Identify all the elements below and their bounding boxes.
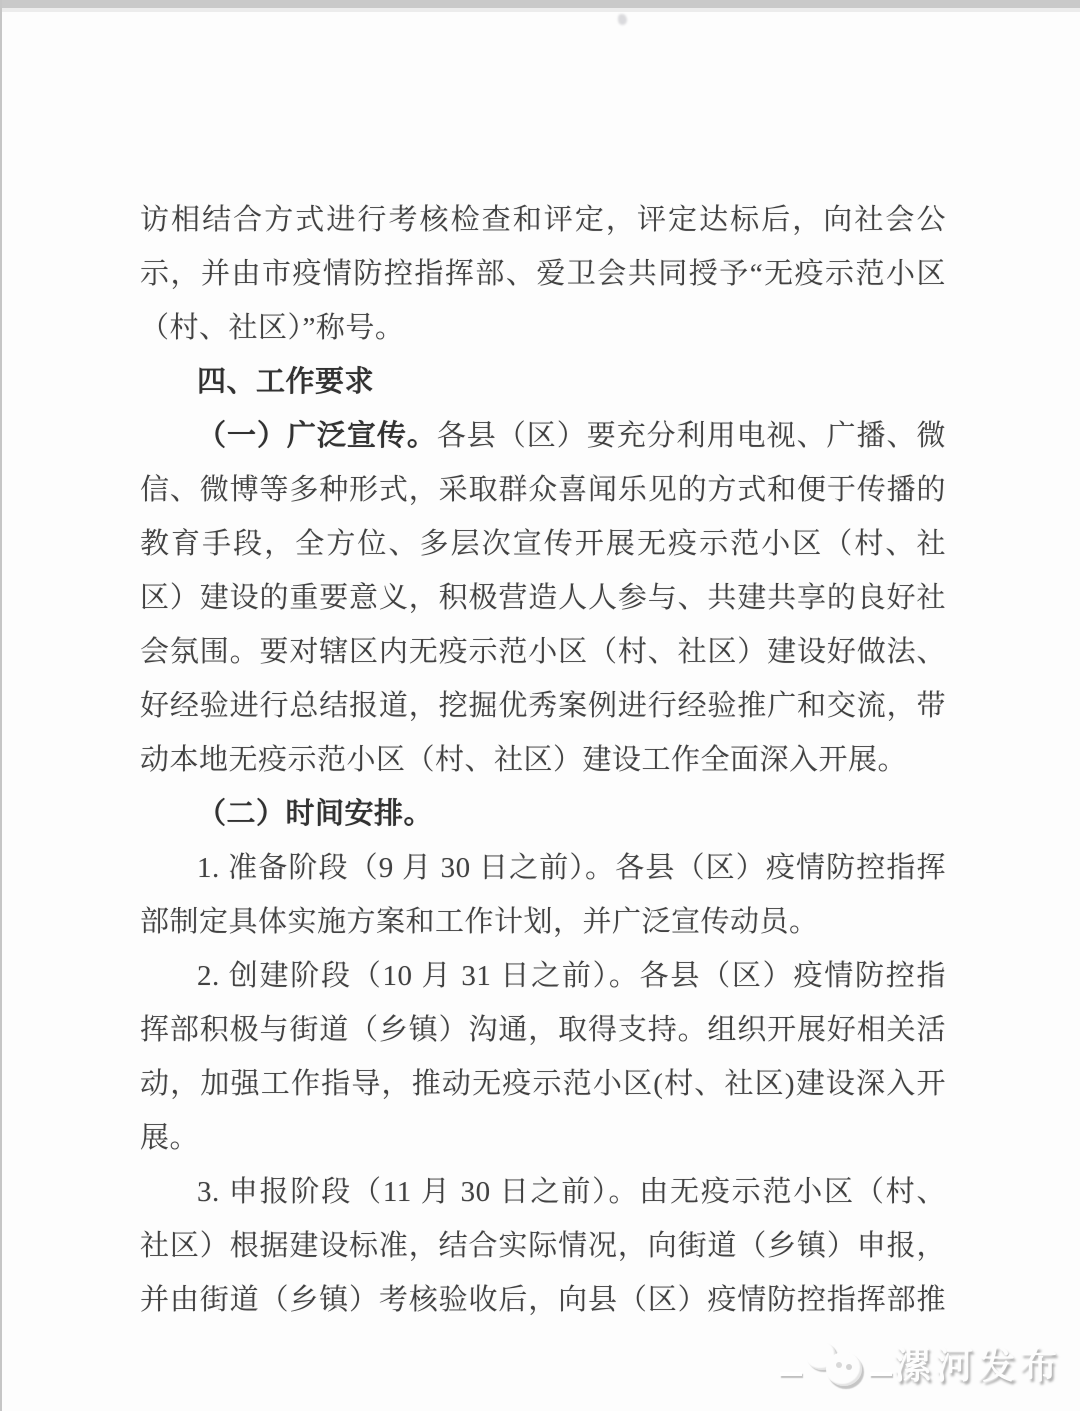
scan-edge-top-bar <box>0 0 1080 8</box>
text-line: 教育手段，全方位、多层次宣传开展无疫示范小区（村、社 <box>140 517 946 571</box>
text-line: （村、社区）”称号。 <box>140 301 946 355</box>
mascot-eyes <box>836 1362 842 1368</box>
mascot-icon <box>804 1338 868 1396</box>
text-line: 展。 <box>140 1111 946 1165</box>
scan-edge-top-bar-light <box>0 8 1080 12</box>
text-line: 1. 准备阶段（9 月 30 日之前）。各县（区）疫情防控指挥 <box>140 841 946 895</box>
mascot-body <box>826 1352 862 1386</box>
scanned-document-page: 访相结合方式进行考核检查和评定，评定达标后，向社会公 示，并由市疫情防控指挥部、… <box>0 0 1080 1411</box>
text-line: 好经验进行总结报道，挖掘优秀案例进行经验推广和交流，带 <box>140 679 946 733</box>
subsection-heading: （一）广泛宣传。 <box>197 420 437 452</box>
watermark-dash-left <box>780 1372 802 1376</box>
scan-edge-left-line <box>0 0 2 1411</box>
text-line: 动，加强工作指导，推动无疫示范小区(村、社区)建设深入开 <box>140 1057 946 1111</box>
text-line: 挥部积极与街道（乡镇）沟通，取得支持。组织开展好相关活 <box>140 1003 946 1057</box>
watermark-text: 漯河发布 <box>894 1338 1062 1396</box>
text-line: 会氛围。要对辖区内无疫示范小区（村、社区）建设好做法、 <box>140 625 946 679</box>
text-line: 社区）根据建设标准，结合实际情况，向街道（乡镇）申报， <box>140 1219 946 1273</box>
text-line: 并由街道（乡镇）考核验收后，向县（区）疫情防控指挥部推 <box>140 1273 946 1327</box>
subsection-heading: （二）时间安排。 <box>140 787 946 841</box>
document-text-body: 访相结合方式进行考核检查和评定，评定达标后，向社会公 示，并由市疫情防控指挥部、… <box>140 193 946 1327</box>
text-line: 动本地无疫示范小区（村、社区）建设工作全面深入开展。 <box>140 733 946 787</box>
text-line: 信、微博等多种形式，采取群众喜闻乐见的方式和便于传播的 <box>140 463 946 517</box>
text-line: 示，并由市疫情防控指挥部、爱卫会共同授予“无疫示范小区 <box>140 247 946 301</box>
scan-artifact-speck <box>618 14 627 25</box>
text-line-rest: 各县（区）要充分利用电视、广播、微 <box>437 420 946 452</box>
text-line: 访相结合方式进行考核检查和评定，评定达标后，向社会公 <box>140 193 946 247</box>
watermark: 漯河发布 <box>778 1338 1062 1396</box>
section-heading: 四、工作要求 <box>140 355 946 409</box>
text-line: 部制定具体实施方案和工作计划，并广泛宣传动员。 <box>140 895 946 949</box>
text-line: （一）广泛宣传。各县（区）要充分利用电视、广播、微 <box>140 409 946 463</box>
watermark-dash-right <box>870 1372 892 1376</box>
text-line: 3. 申报阶段（11 月 30 日之前）。由无疫示范小区（村、 <box>140 1165 946 1219</box>
text-line: 2. 创建阶段（10 月 31 日之前）。各县（区）疫情防控指 <box>140 949 946 1003</box>
text-line: 区）建设的重要意义，积极营造人人参与、共建共享的良好社 <box>140 571 946 625</box>
